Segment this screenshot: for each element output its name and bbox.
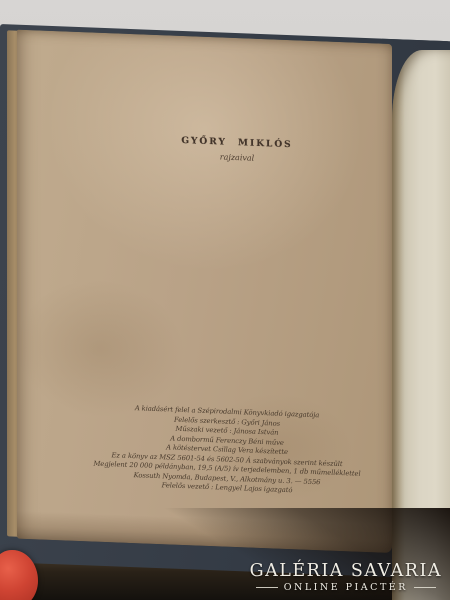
watermark-dash-right bbox=[414, 587, 436, 589]
watermark-title: GALÉRIA SAVARIA bbox=[250, 562, 442, 581]
book: GYŐRY MIKLÓS rajzaival A kiadásért felel… bbox=[0, 24, 450, 579]
watermark-text: GALÉRIA SAVARIA ONLINE PIACTÉR bbox=[250, 562, 442, 593]
watermark-overlay: GALÉRIA SAVARIA ONLINE PIACTÉR bbox=[140, 508, 450, 600]
watermark-dash-left bbox=[256, 587, 278, 589]
watermark-subtitle: ONLINE PIACTÉR bbox=[284, 582, 408, 593]
colophon-block: A kiadásért felel a Szépirodalmi Könyvki… bbox=[62, 401, 392, 499]
colophon-page: GYŐRY MIKLÓS rajzaival A kiadásért felel… bbox=[17, 30, 392, 553]
watermark-subtitle-row: ONLINE PIACTÉR bbox=[250, 582, 442, 593]
book-photo: GYŐRY MIKLÓS rajzaival A kiadásért felel… bbox=[0, 0, 450, 600]
illustrator-credit: GYŐRY MIKLÓS rajzaival bbox=[82, 132, 392, 168]
